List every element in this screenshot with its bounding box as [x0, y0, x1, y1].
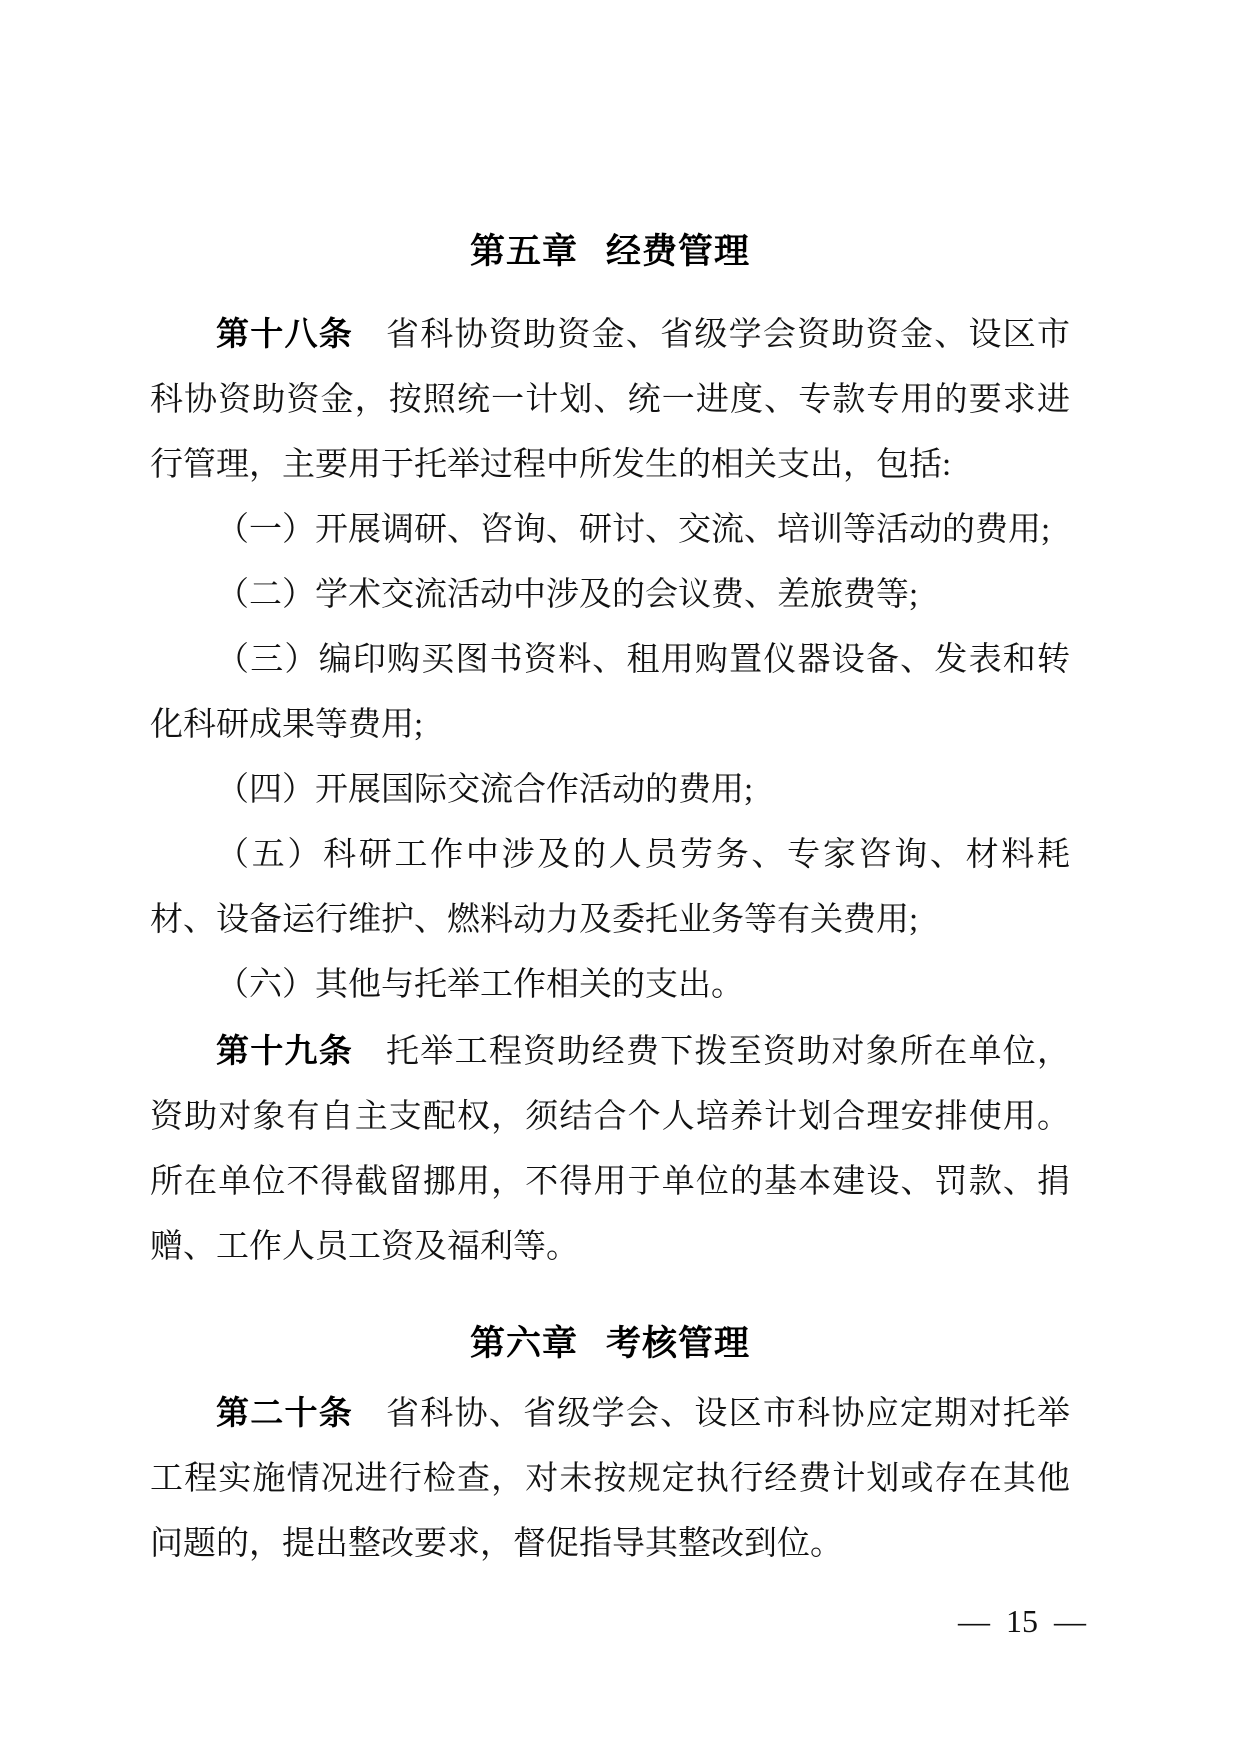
- paragraph-text: （四）开展国际交流合作活动的费用;: [216, 772, 753, 808]
- list-item-4-paragraph: （四）开展国际交流合作活动的费用;: [150, 758, 1070, 823]
- list-item-1-paragraph: （一）开展调研、咨询、研讨、交流、培训等活动的费用;: [150, 498, 1070, 563]
- article-19-paragraph: 第十九条托举工程资助经费下拨至资助对象所在单位，资助对象有自主支配权，须结合个人…: [150, 1018, 1070, 1280]
- chapter-number: 第五章: [470, 232, 578, 271]
- article-20-paragraph: 第二十条省科协、省级学会、设区市科协应定期对托举工程实施情况进行检查，对未按规定…: [150, 1380, 1070, 1577]
- list-item-3-paragraph: （三）编印购买图书资料、租用购置仪器设备、发表和转化科研成果等费用;: [150, 628, 1070, 758]
- footer-dash-right: —: [1054, 1603, 1086, 1639]
- paragraph-text: （六）其他与托举工作相关的支出。: [216, 967, 744, 1003]
- paragraph-text: （三）编印购买图书资料、租用购置仪器设备、发表和转化科研成果等费用;: [150, 642, 1070, 743]
- list-item-2-paragraph: （二）学术交流活动中涉及的会议费、差旅费等;: [150, 563, 1070, 628]
- article-18-paragraph: 第十八条省科协资助资金、省级学会资助资金、设区市科协资助资金，按照统一计划、统一…: [150, 301, 1070, 498]
- article-number: 第十八条: [216, 315, 353, 352]
- chapter-number: 第六章: [470, 1324, 578, 1363]
- document-content: 第五章经费管理 第十八条省科协资助资金、省级学会资助资金、设区市科协资助资金，按…: [150, 219, 1070, 1577]
- paragraph-text: （二）学术交流活动中涉及的会议费、差旅费等;: [216, 577, 918, 613]
- paragraph-text: （五）科研工作中涉及的人员劳务、专家咨询、材料耗材、设备运行维护、燃料动力及委托…: [150, 837, 1070, 938]
- page-number: 15: [1006, 1603, 1038, 1639]
- footer-dash-left: —: [958, 1603, 990, 1639]
- chapter-title: 经费管理: [606, 232, 750, 271]
- list-item-5-paragraph: （五）科研工作中涉及的人员劳务、专家咨询、材料耗材、设备运行维护、燃料动力及委托…: [150, 823, 1070, 953]
- list-item-6-paragraph: （六）其他与托举工作相关的支出。: [150, 953, 1070, 1018]
- page-footer: —15—: [958, 1600, 1086, 1642]
- chapter-heading-6: 第六章考核管理: [150, 1311, 1070, 1376]
- article-number: 第二十条: [216, 1394, 353, 1431]
- chapter-heading-5: 第五章经费管理: [150, 219, 1070, 284]
- article-number: 第十九条: [216, 1032, 353, 1069]
- document-page: 第五章经费管理 第十八条省科协资助资金、省级学会资助资金、设区市科协资助资金，按…: [0, 0, 1241, 1754]
- paragraph-text: （一）开展调研、咨询、研讨、交流、培训等活动的费用;: [216, 512, 1050, 548]
- chapter-title: 考核管理: [606, 1324, 750, 1363]
